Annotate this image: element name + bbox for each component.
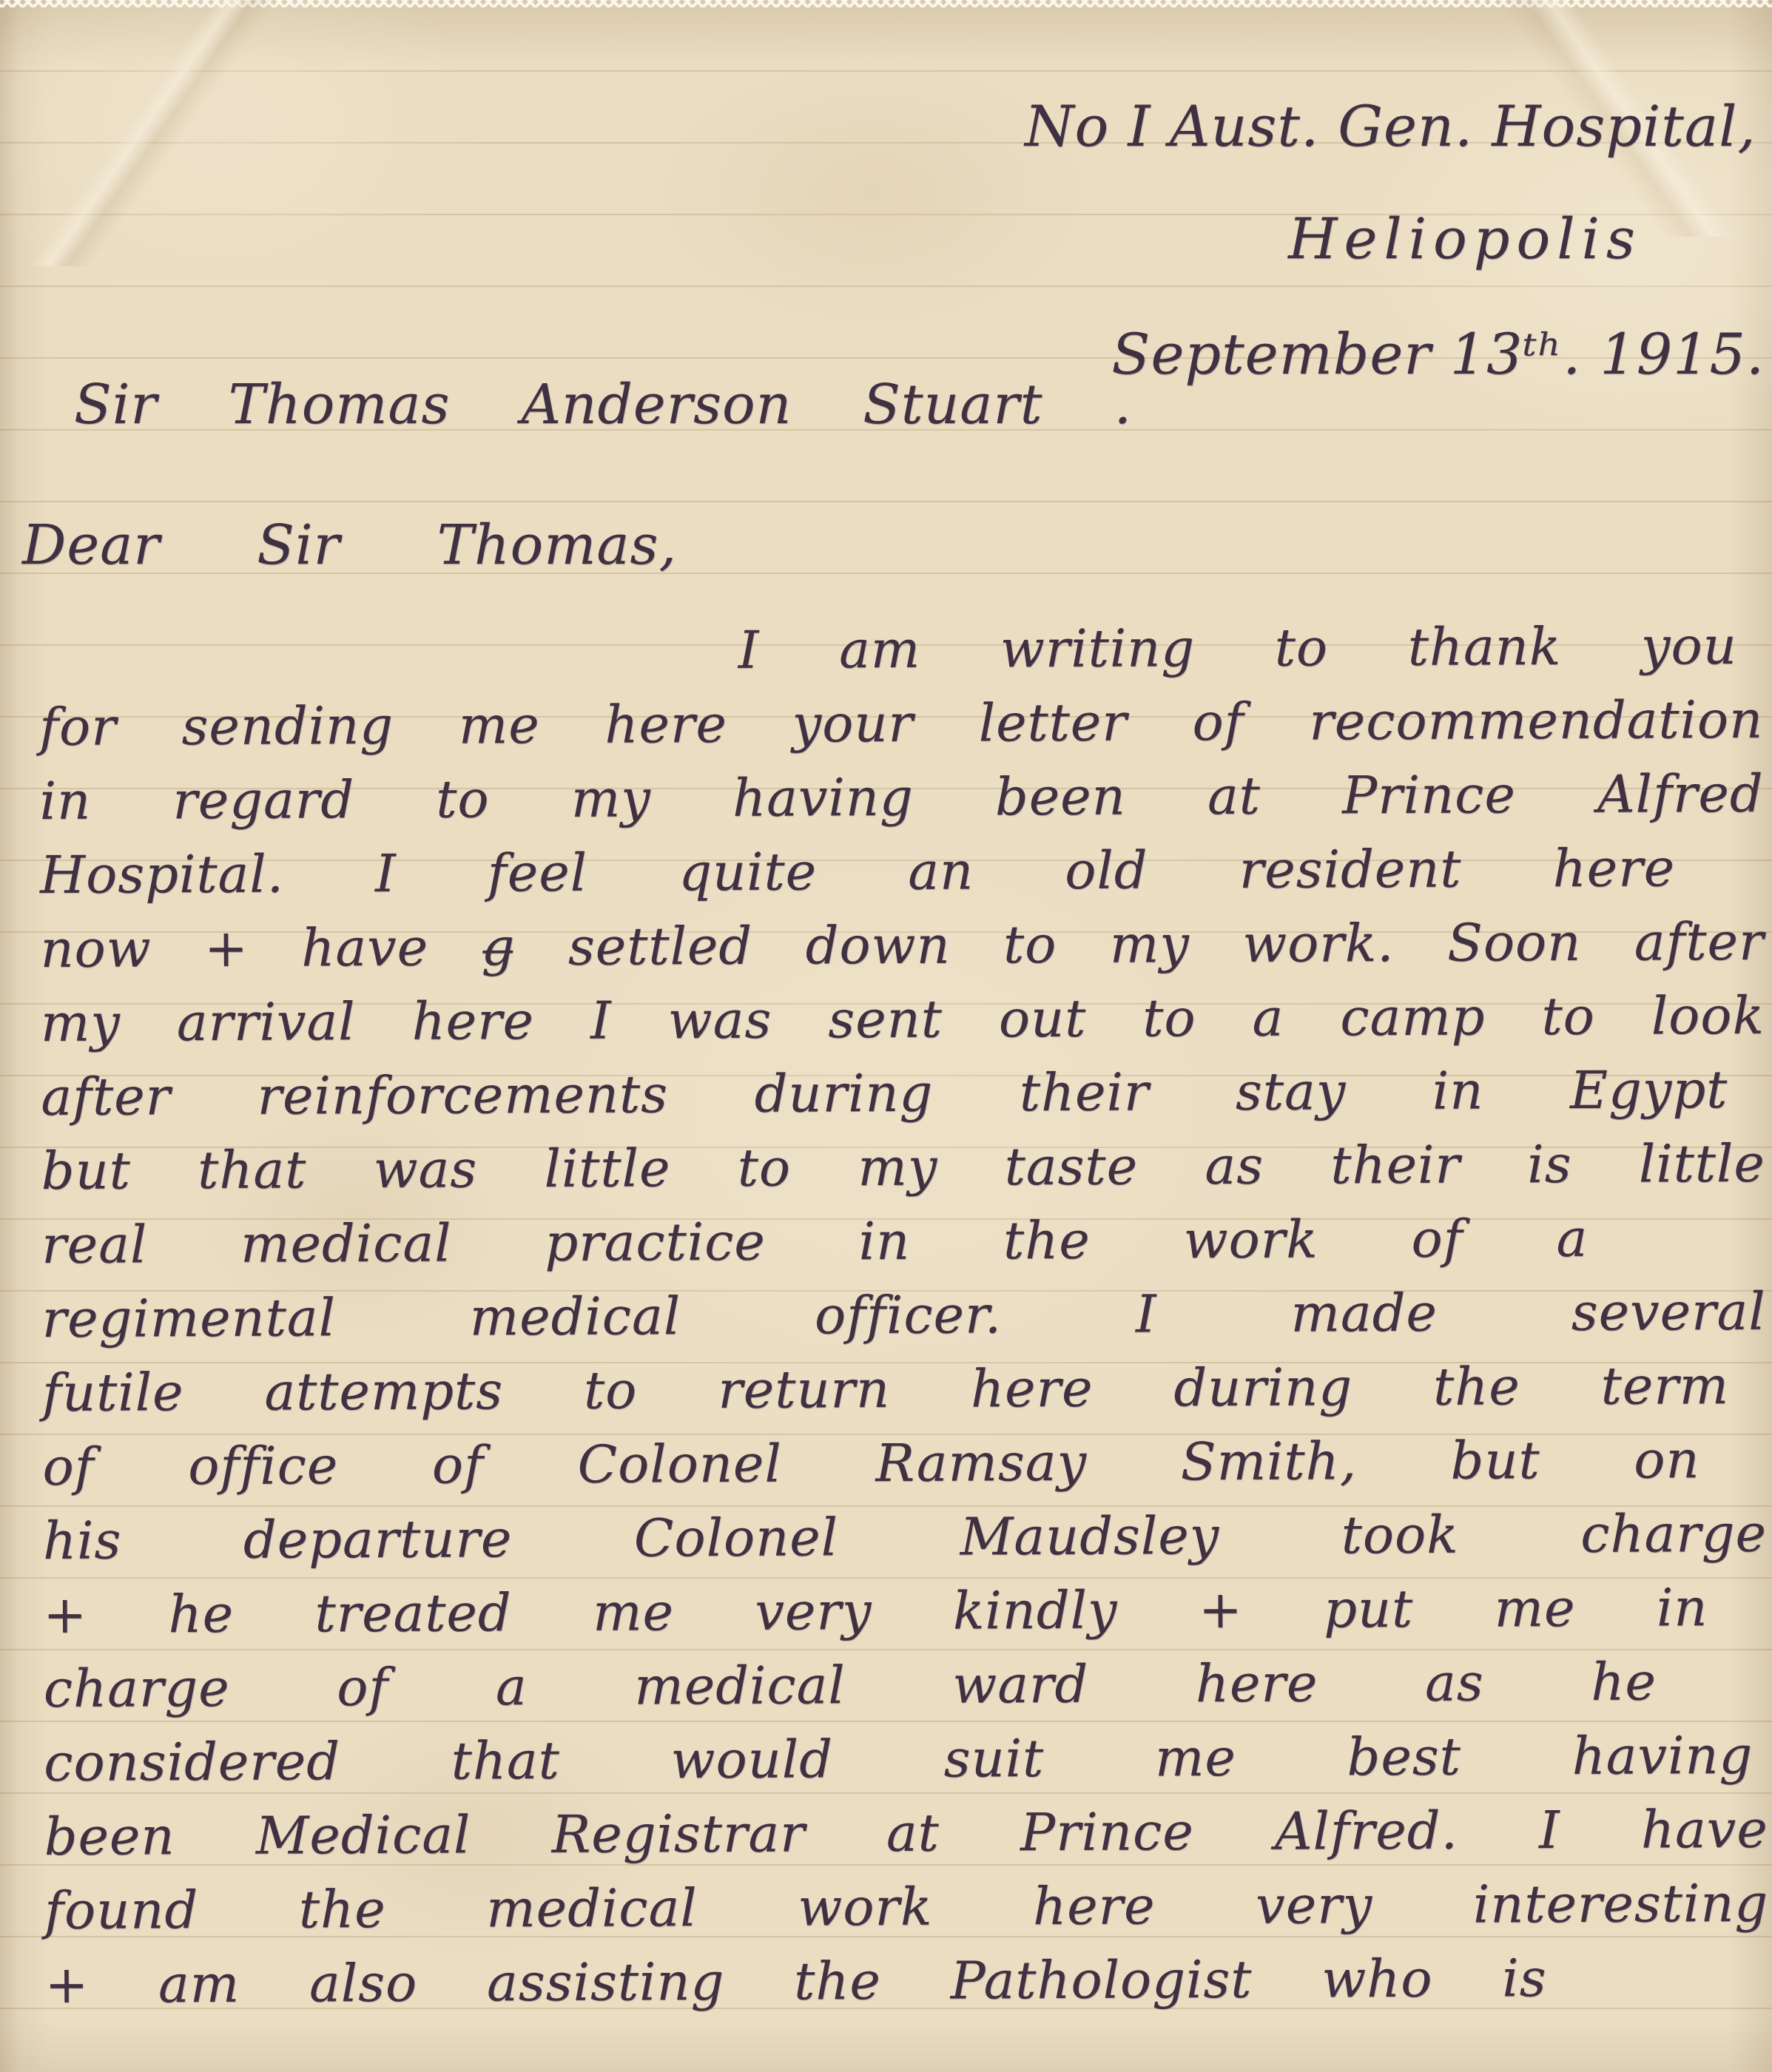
handwritten-line: in regard to my having been at Prince Al… (39, 757, 1763, 838)
handwritten-line: I am writing to thank you (738, 609, 1737, 687)
handwritten-line: Hospital. I feel quite an old resident h… (40, 831, 1675, 912)
handwritten-line: for sending me here your letter of recom… (39, 683, 1763, 764)
handwritten-line: been Medical Registrar at Prince Alfred.… (44, 1792, 1768, 1874)
handwritten-line: after reinforcements during their stay i… (41, 1053, 1728, 1134)
handwritten-line: but that was little to my taste as their… (41, 1127, 1765, 1208)
handwritten-line: his departure Colonel Maudsley took char… (43, 1496, 1767, 1578)
letter-body: I am writing to thank you for sending me… (0, 0, 1772, 2072)
letter-page: No I Aust. Gen. Hospital, Heliopolis Sep… (0, 0, 1772, 2072)
handwritten-line: found the medical work here very interes… (44, 1866, 1768, 1948)
handwritten-line: now + have g̶ settled down to my work. S… (40, 905, 1764, 986)
handwritten-line: considered that would suit me best havin… (44, 1718, 1753, 1800)
handwritten-line: + he treated me very kindly + put me in (43, 1570, 1708, 1652)
handwritten-line: futile attempts to return here during th… (42, 1349, 1729, 1430)
handwritten-line: + am also assisting the Pathologist who … (44, 1941, 1546, 2022)
handwritten-line: of office of Colonel Ramsay Smith, but o… (42, 1423, 1699, 1504)
handwritten-line: charge of a medical ward here as he (44, 1644, 1657, 1726)
handwritten-line: regimental medical officer. I made sever… (41, 1275, 1765, 1356)
handwritten-line: real medical practice in the work of a (41, 1201, 1588, 1282)
handwritten-line: my arrival here I was sent out to a camp… (41, 979, 1765, 1060)
